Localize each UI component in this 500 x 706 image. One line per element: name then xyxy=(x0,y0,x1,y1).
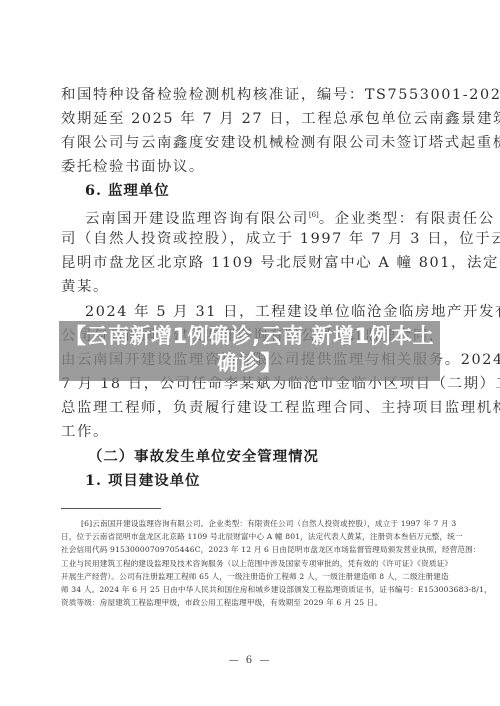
footnote-ref[interactable]: [6] xyxy=(309,211,319,219)
footnote-line: 资质等级：房屋建筑工程监理甲级，市政公用工程监理甲级，有效期至 2029 年 6… xyxy=(61,596,441,609)
body-line: 委托检验书面协议。 xyxy=(61,158,441,176)
supervisor-line-1-rest: 。企业类型：有限责任公 xyxy=(319,211,495,227)
supervisor-line-2: 司（自然人投资或控股），成立于 1997 年 7 月 3 日，位于云南省 xyxy=(61,230,441,248)
footnote-line: [6]云南国开建设监理咨询有限公司。企业类型：有限责任公司（自然人投资或控股），… xyxy=(81,517,461,530)
footnote-line: 开展生产经营）。公司有注册监理工程师 65 人，一级注册造价工程师 2 人，一级… xyxy=(61,570,441,583)
footnote-line: 社会信用代码 91530000709705446C，2023 年 12 月 6 … xyxy=(61,543,441,556)
page-number: — 6 — xyxy=(0,655,500,666)
company-name: 云南国开建设监理咨询有限公司 xyxy=(85,211,309,227)
section-heading-safety-management: （二）事故发生单位安全管理情况 xyxy=(88,448,444,466)
footnote-divider xyxy=(61,508,161,509)
contract-line-6: 工作。 xyxy=(61,423,441,441)
section-heading-supervisor: 6. 监理单位 xyxy=(85,182,441,200)
contract-line-1: 2024 年 5 月 31 日，工程建设单位临沧金临房地产开发有限 xyxy=(85,303,441,321)
supervisor-line-1: 云南国开建设监理咨询有限公司[6]。企业类型：有限责任公 xyxy=(85,206,441,228)
footnote-line: 师 34 人。2024 年 6 月 25 日由中华人民共和国住房和城乡建设部颁发… xyxy=(61,583,441,596)
body-line: 有限公司与云南鑫度安建设机械检测有限公司未签订塔式起重机 xyxy=(61,134,441,152)
footnote-line: 日，位于云南省昆明市盘龙区北京路 1109 号北辰财富中心 A 幢 801，法定… xyxy=(61,530,441,543)
contract-line-5: 总监理工程师，负责履行建设工程监理合同、主持项目监理机构 xyxy=(61,399,441,417)
footnote-line: 工业与民用建筑工程的建设监理及技术咨询服务（以上范围中涉及国家专项审批的，凭有效… xyxy=(61,557,441,570)
headline-overlay-text[interactable]: 【云南新增1例确诊,云南 新增1例本土确诊】 xyxy=(59,323,440,377)
supervisor-line-3: 昆明市盘龙区北京路 1109 号北辰财富中心 A 幢 801，法定代表人 xyxy=(61,254,441,272)
document-page: 和国特种设备检验检测机构核准证，编号：TS7553001-2025，有 效期延至… xyxy=(0,0,500,706)
body-line: 效期延至 2025 年 7 月 27 日，工程总承包单位云南鑫景建筑工程 xyxy=(61,110,441,128)
section-heading-construction-unit: 1. 项目建设单位 xyxy=(85,472,441,490)
supervisor-line-4: 黄某。 xyxy=(61,278,441,296)
body-line: 和国特种设备检验检测机构核准证，编号：TS7553001-2025，有 xyxy=(61,86,441,104)
